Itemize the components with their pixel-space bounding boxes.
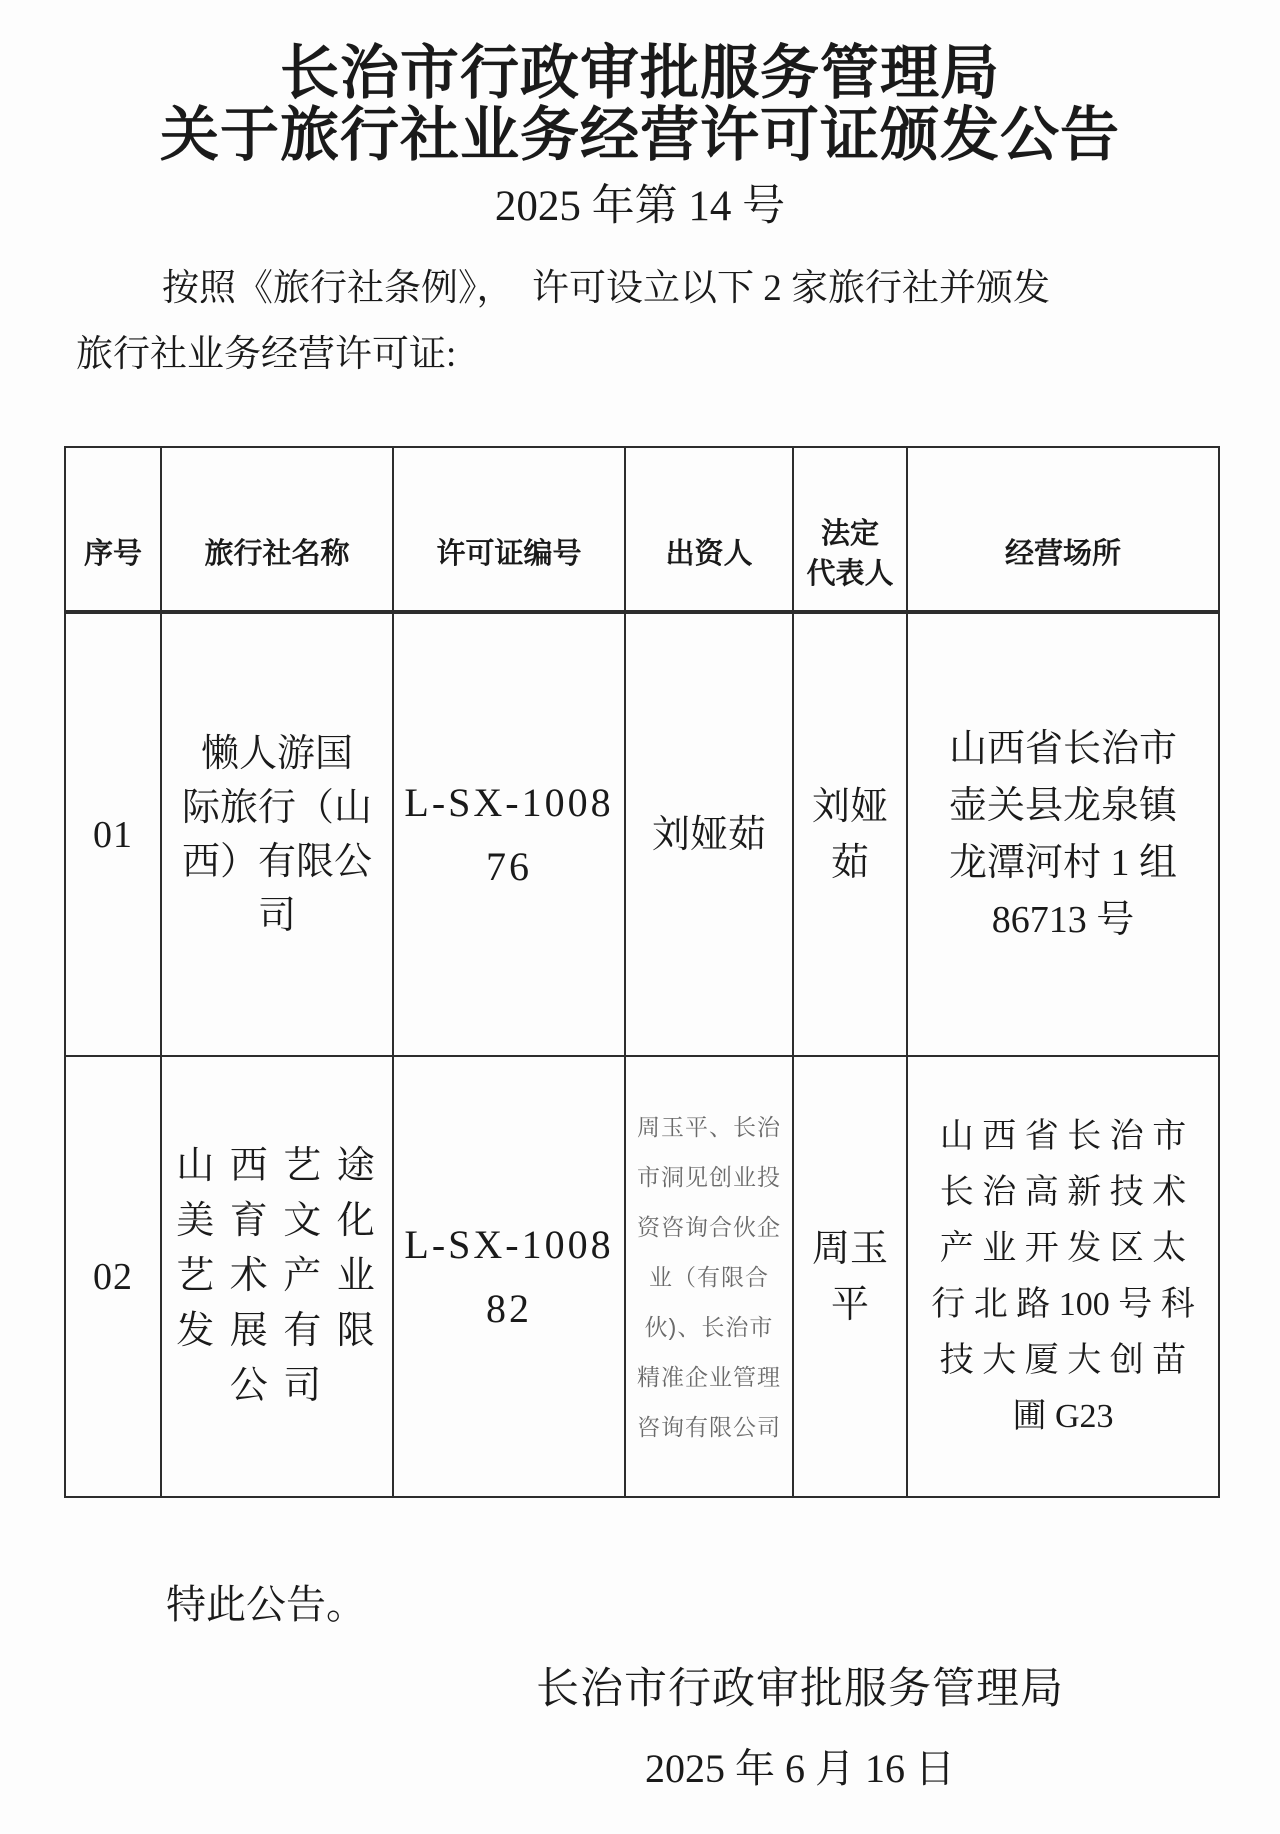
table-row: 02 山 西 艺 途 美 育 文 化 艺 术 产 业 发 展 有 限 公 司 L… xyxy=(65,1056,1219,1497)
row2-agency-name: 山 西 艺 途 美 育 文 化 艺 术 产 业 发 展 有 限 公 司 xyxy=(161,1056,393,1497)
document-title-block: 长治市行政审批服务管理局 关于旅行社业务经营许可证颁发公告 xyxy=(0,0,1280,166)
license-table: 序号 旅行社名称 许可证编号 出资人 法定 代表人 经营场所 01 懒人游国 际… xyxy=(64,446,1220,1498)
row1-license-no: L-SX-1008 76 xyxy=(393,612,625,1056)
header-premises: 经营场所 xyxy=(907,447,1219,612)
signature-issuer: 长治市行政审批服务管理局 xyxy=(320,1666,1280,1714)
row2-premises: 山 西 省 长 治 市 长 治 高 新 技 术 产 业 开 发 区 太 行 北 … xyxy=(907,1056,1219,1497)
row2-license-no: L-SX-1008 82 xyxy=(393,1056,625,1497)
header-agency-name: 旅行社名称 xyxy=(161,447,393,612)
signature-date: 2025 年 6 月 16 日 xyxy=(320,1746,1280,1792)
row2-investor: 周玉平、长治 市洞见创业投 资咨询合伙企 业（有限合 伙)、长治市 精准企业管理… xyxy=(625,1056,793,1497)
table-row: 01 懒人游国 际旅行（山 西）有限公 司 L-SX-1008 76 刘娅茹 刘… xyxy=(65,612,1219,1056)
row1-legal-rep: 刘娅 茹 xyxy=(793,612,907,1056)
doc-number: 2025 年第 14 号 xyxy=(0,182,1280,232)
header-license-no: 许可证编号 xyxy=(393,447,625,612)
header-legal-rep: 法定 代表人 xyxy=(793,447,907,612)
agency-title: 长治市行政审批服务管理局 xyxy=(0,42,1280,104)
row1-premises: 山西省长治市 壶关县龙泉镇 龙潭河村 1 组 86713 号 xyxy=(907,612,1219,1056)
row1-no: 01 xyxy=(65,612,161,1056)
document-page: 长治市行政审批服务管理局 关于旅行社业务经营许可证颁发公告 2025 年第 14… xyxy=(0,0,1280,1834)
header-investor: 出资人 xyxy=(625,447,793,612)
intro-paragraph: 按照《旅行社条例》， 许可设立以下 2 家旅行社并颁发 旅行社业务经营许可证: xyxy=(0,256,1280,388)
row2-no: 02 xyxy=(65,1056,161,1497)
header-no: 序号 xyxy=(65,447,161,612)
row2-legal-rep: 周玉 平 xyxy=(793,1056,907,1497)
row1-agency-name: 懒人游国 际旅行（山 西）有限公 司 xyxy=(161,612,393,1056)
closing-note: 特此公告。 xyxy=(0,1582,1280,1628)
table-header-row: 序号 旅行社名称 许可证编号 出资人 法定 代表人 经营场所 xyxy=(65,447,1219,612)
announcement-title: 关于旅行社业务经营许可证颁发公告 xyxy=(0,104,1280,166)
row1-investor: 刘娅茹 xyxy=(625,612,793,1056)
signature-block: 长治市行政审批服务管理局 2025 年 6 月 16 日 xyxy=(320,1666,1280,1792)
